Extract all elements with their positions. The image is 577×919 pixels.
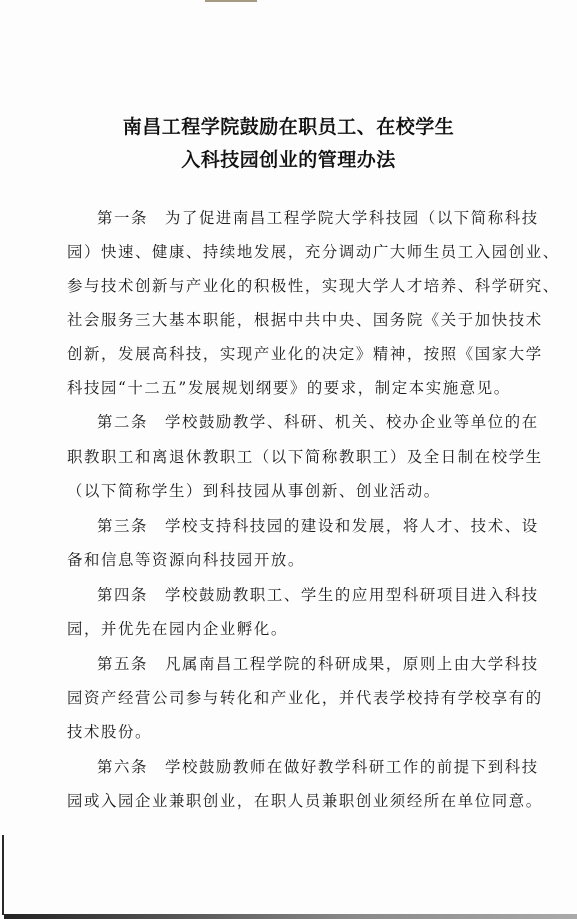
article-4-line-2: 园，并优先在园内企业孵化。 [67, 617, 545, 639]
scanned-document-page: 南昌工程学院鼓励在职员工、在校学生 入科技园创业的管理办法 第一条 为了促进南昌… [0, 0, 577, 919]
article-2-line-1: 第二条 学校鼓励教学、科研、机关、校办企业等单位的在 [97, 410, 545, 432]
article-1-line-6: 科技园“十二五”发展规划纲要》的要求，制定本实施意见。 [67, 376, 545, 398]
article-3-line-1: 第三条 学校支持科技园的建设和发展，将人才、技术、设 [97, 514, 545, 536]
scan-artifact [205, 0, 257, 2]
article-1-line-4: 社会服务三大基本职能，根据中共中央、国务院《关于加快技术 [67, 308, 545, 330]
article-6-line-2: 园或入园企业兼职创业，在职人员兼职创业须经所在单位同意。 [67, 789, 545, 811]
document-title-line-2: 入科技园创业的管理办法 [0, 145, 577, 172]
article-1-line-1: 第一条 为了促进南昌工程学院大学科技园（以下简称科技 [97, 206, 545, 228]
article-5-line-1: 第五条 凡属南昌工程学院的科研成果，原则上由大学科技 [97, 652, 545, 674]
article-1-line-5: 创新，发展高科技，实现产业化的决定》精神，按照《国家大学 [67, 342, 545, 364]
article-5-line-3: 技术股份。 [67, 720, 545, 742]
article-5-line-2: 园资产经营公司参与转化和产业化，并代表学校持有学校享有的 [67, 686, 545, 708]
article-6-line-1: 第六条 学校鼓励教师在做好教学科研工作的前提下到科技 [97, 755, 545, 777]
article-2-line-2: 职教职工和离退休教职工（以下简称教职工）及全日制在校学生 [67, 445, 545, 467]
article-1-line-2: 园）快速、健康、持续地发展，充分调动广大师生员工入园创业、 [67, 240, 545, 262]
page-edge-left [2, 835, 4, 915]
article-4-line-1: 第四条 学校鼓励教职工、学生的应用型科研项目进入科技 [97, 583, 545, 605]
article-1-line-3: 参与技术创新与产业化的积极性，实现大学人才培养、科学研究、 [67, 274, 545, 296]
page-edge-bottom [4, 914, 577, 919]
article-3-line-2: 备和信息等资源向科技园开放。 [67, 548, 545, 570]
document-title-line-1: 南昌工程学院鼓励在职员工、在校学生 [0, 112, 577, 139]
article-2-line-3: （以下简称学生）到科技园从事创新、创业活动。 [67, 479, 545, 501]
